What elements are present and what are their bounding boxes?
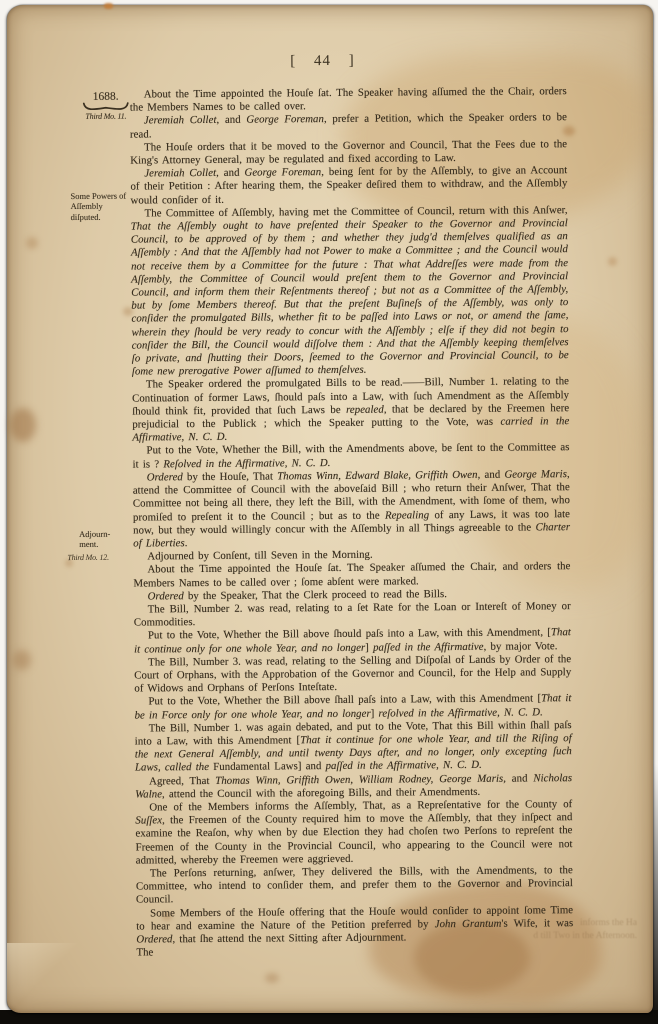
margin-note-powers: Some Powers of Aſſembly diſputed. — [70, 191, 128, 222]
italic-run: Reſolved in the Affirmative, N. C. D. — [163, 457, 330, 470]
document-page: informs the Ha d till Two in the Afterno… — [7, 5, 653, 1013]
italic-run: Ordered — [136, 933, 172, 945]
page-content: [ 44 ] 1688. Third Mo. 11. Some Powers o… — [7, 2, 658, 1015]
paragraph: The Bill, Number 3. was read, relating t… — [134, 653, 571, 696]
paragraph: The Bill, Number 2. was read, relating t… — [134, 600, 571, 630]
year-label: 1688. — [93, 91, 119, 103]
text-run: , the Freemen of the County required him… — [135, 811, 572, 866]
italic-run: Ordered — [148, 590, 184, 602]
text-run: by the Houſe, That — [183, 470, 277, 483]
page-number: [ 44 ] — [122, 51, 522, 71]
text-run: The Perſons returning, anſwer, They deli… — [136, 864, 573, 906]
margin-note-line: ment. — [79, 539, 133, 549]
italic-run: paſſed in the Affirmative — [373, 640, 484, 653]
text-run: , by major Vote. — [484, 640, 558, 653]
text-run: and — [480, 469, 504, 481]
paragraph: Agreed, That Thomas Winn, Griffith Owen,… — [135, 772, 572, 802]
italic-run: Jeremiah Collet — [144, 167, 216, 180]
paragraph: Ordered by the Houſe, That Thomas Winn, … — [133, 468, 571, 551]
italic-run: paſſed in the Affirmative, N. C. D. — [326, 759, 482, 772]
paragraph: Put to the Vote, Whether the Bill above … — [134, 626, 571, 656]
italic-run: That the Aſſembly ought to have preſente… — [131, 217, 569, 378]
italic-run: Repealing — [385, 509, 429, 521]
text-run: and — [506, 772, 533, 784]
italic-run: Suſſex — [135, 815, 162, 827]
italic-run: George Foreman — [246, 113, 324, 126]
text-run: Adjourned by Conſent, till Seven in the … — [147, 549, 373, 563]
italic-run: Thomas Winn, Griffith Owen, William Rodn… — [215, 772, 506, 786]
text-run: , attend the Council with the aforegoing… — [162, 786, 480, 800]
paragraph: The Speaker ordered the promulgated Bill… — [132, 376, 570, 445]
italic-run: reſolved in the Affirmative, N. C. D. — [378, 706, 542, 719]
text-run: Fundamental Laws] and — [213, 760, 325, 773]
margin-note-line: Adjourn- — [79, 529, 133, 539]
margin-note-date: Third Mo. 11. — [80, 112, 132, 121]
paragraph: One of the Members informs the Aſſembly,… — [135, 798, 573, 867]
text-run: , that ſhe attend the next Sitting after… — [172, 931, 406, 945]
text-run: 's Wife, it was — [501, 917, 573, 930]
text-run: , and — [216, 167, 244, 179]
text-run: ] — [371, 707, 379, 719]
text-run: About the Time appointed the Houſe ſat. … — [133, 560, 570, 589]
paragraph: The Perſons returning, anſwer, They deli… — [136, 864, 573, 907]
margin-note-adjournment: Adjourn- ment. — [79, 529, 133, 549]
italic-run: George Maris — [504, 468, 567, 480]
text-run: ] — [365, 641, 373, 653]
paragraph: The Bill, Number 1. was again debated, a… — [135, 719, 572, 775]
text-run: About the Time appointed the Houſe ſat. … — [130, 85, 567, 114]
margin-note-year: 1688. Third Mo. 11. — [80, 91, 132, 121]
italic-run: Jeremiah Collet — [144, 114, 217, 127]
paragraph: About the Time appointed the Houſe ſat. … — [130, 85, 567, 115]
text-run: The Houſe orders that it be moved to the… — [130, 138, 567, 167]
text-run: The Bill, Number 3. was read, relating t… — [134, 653, 571, 695]
paragraph: Jeremiah Collet, and George Foreman, bei… — [130, 164, 567, 207]
margin-note-date: Third Mo. 12. — [67, 553, 109, 562]
paragraph: Jeremiah Collet, and George Foreman, pre… — [130, 112, 567, 142]
paragraph: Some Members of the Houſe offering that … — [136, 904, 573, 947]
italic-run: George Foreman — [244, 166, 321, 179]
italic-run: repealed — [346, 403, 384, 415]
text-run: by the Speaker, That the Clerk proceed t… — [184, 588, 447, 602]
text-run: . — [185, 537, 188, 549]
paragraph: Put to the Vote, Whether the Bill, with … — [132, 442, 569, 472]
paragraph: The Committee of Aſſembly, having met th… — [131, 204, 569, 379]
italic-run: Ordered — [147, 471, 183, 483]
italic-run: Thomas Winn, Edward Blake, Griffith Owen… — [277, 469, 480, 483]
text-run: , and — [216, 114, 246, 126]
paragraph: The Houſe orders that it be moved to the… — [130, 138, 567, 168]
paragraph: Put to the Vote, Whether the Bill above … — [134, 692, 571, 722]
text-block: About the Time appointed the Houſe ſat. … — [130, 85, 574, 960]
italic-run: John Grantum — [435, 917, 502, 930]
text-run: The Bill, Number 2. was read, relating t… — [134, 600, 571, 629]
paragraph: About the Time appointed the Houſe ſat. … — [133, 560, 570, 590]
text-run: Agreed, That — [149, 774, 215, 787]
